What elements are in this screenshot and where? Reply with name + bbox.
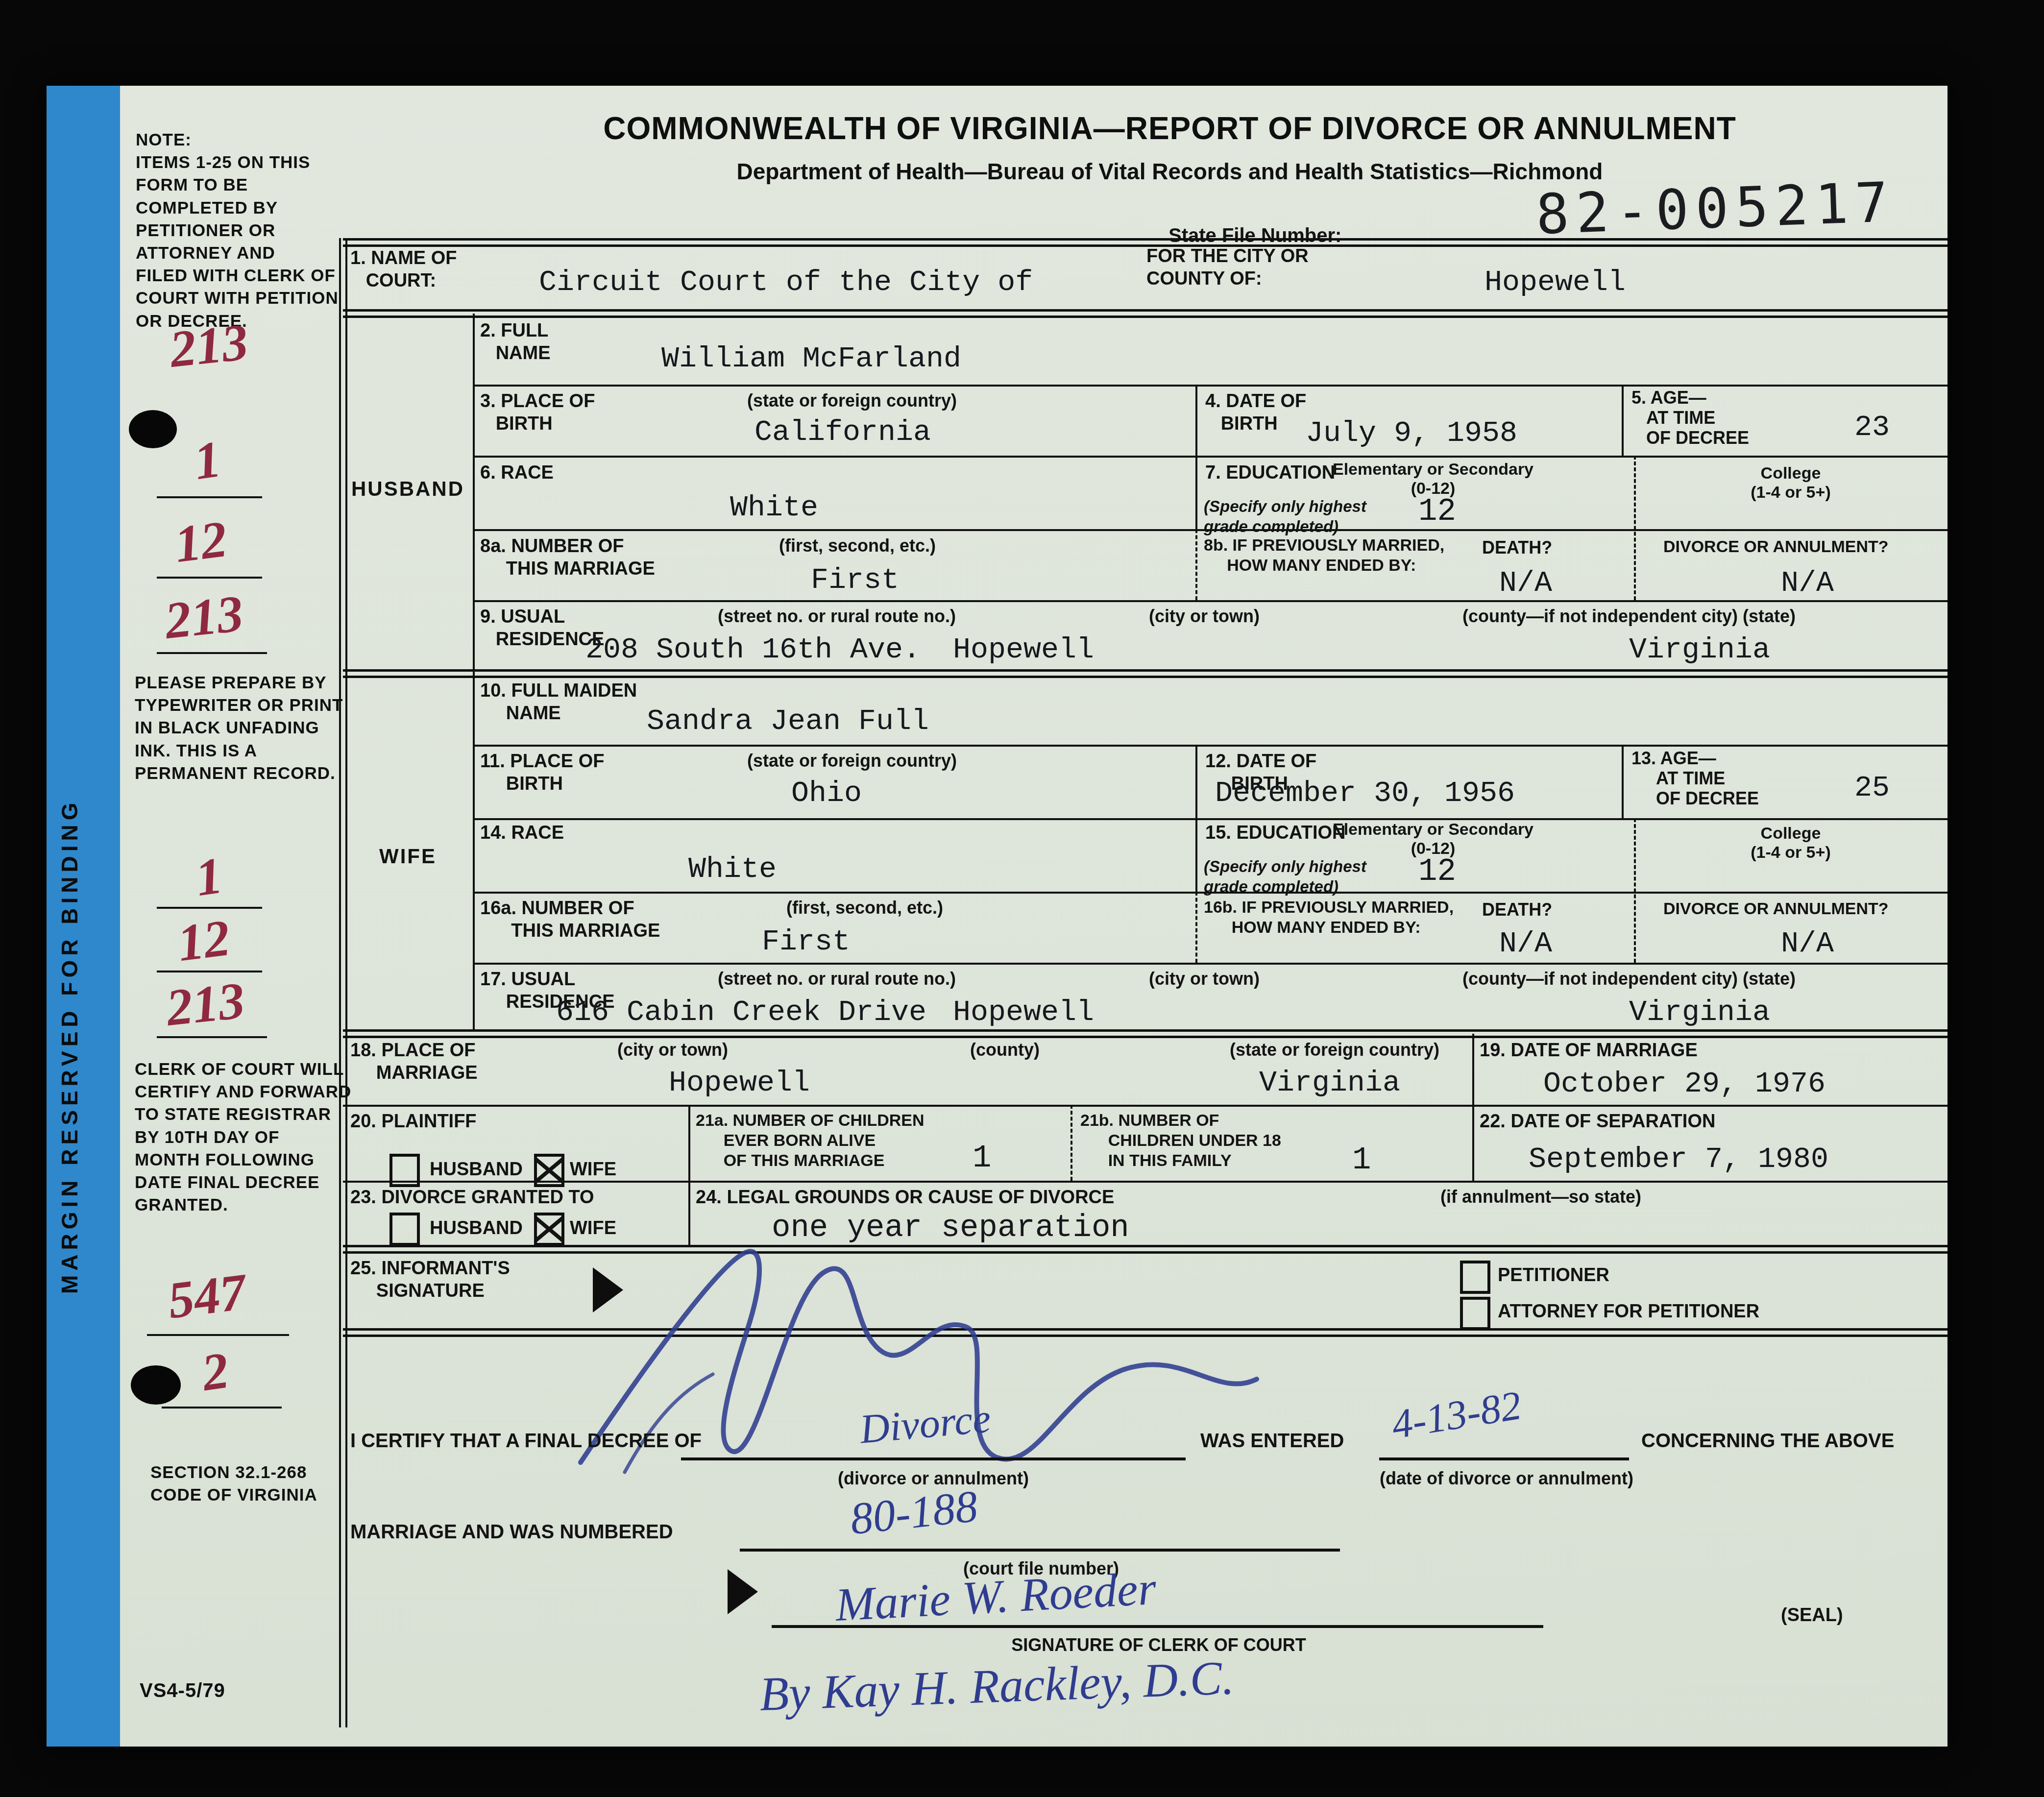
husband-marriage-number-label: 8a. NUMBER OF THIS MARRIAGE <box>480 535 655 580</box>
margin-section-note: SECTION 32.1-268 CODE OF VIRGINIA <box>150 1461 317 1506</box>
grid-line <box>343 309 1947 318</box>
margin-rule <box>157 652 267 654</box>
attorney-option: ATTORNEY FOR PETITIONER <box>1498 1301 1759 1323</box>
wife-name-label: 10. FULL MAIDEN NAME <box>480 680 637 725</box>
was-entered-text: WAS ENTERED <box>1200 1429 1344 1453</box>
husband-education-spec: (Specify only highest grade completed) <box>1204 496 1366 537</box>
husband-street-value: 208 South 16th Ave. <box>585 635 921 665</box>
wife-age-label: 13. AGE— AT TIME OF DECREE <box>1631 748 1759 808</box>
husband-county-state-hint: (county—if not independent city) (state) <box>1462 606 1796 626</box>
separation-date-value: September 7, 1980 <box>1529 1145 1828 1174</box>
wife-education-spec: (Specify only highest grade completed) <box>1204 856 1366 897</box>
wife-marriage-number-label: 16a. NUMBER OF THIS MARRIAGE <box>480 898 660 942</box>
children-under18-value: 1 <box>1352 1145 1371 1176</box>
margin-red-2: 2 <box>199 1344 232 1399</box>
grid-line <box>343 669 1947 678</box>
wife-marriage-number-value: First <box>762 927 850 957</box>
grid-line <box>339 238 347 1727</box>
petitioner-option: PETITIONER <box>1498 1264 1609 1287</box>
husband-edu-elementary-hint: Elementary or Secondary (0-12) <box>1286 460 1580 498</box>
wife-birthplace-label: 11. PLACE OF BIRTH <box>480 751 604 795</box>
wife-birthplace-value: Ohio <box>791 779 862 808</box>
wife-death-label: DEATH? <box>1482 899 1552 920</box>
seal-label: (SEAL) <box>1781 1604 1843 1627</box>
husband-edu-college-hint: College (1-4 or 5+) <box>1654 464 1928 502</box>
husband-race-label: 6. RACE <box>480 462 554 485</box>
scanned-divorce-report: { "colors": {"paper":"#dde4d9","strip_bl… <box>0 0 2044 1797</box>
wife-state-value: Virginia <box>1629 998 1770 1027</box>
wife-race-label: 14. RACE <box>480 822 564 845</box>
deputy-signature-handwritten: By Kay H. Rackley, D.C. <box>759 1654 1235 1719</box>
grid-line <box>473 963 1947 965</box>
grid-line <box>343 1029 1947 1038</box>
grid-line <box>1195 745 1197 892</box>
decree-type-blank <box>681 1457 1186 1460</box>
punch-hole-bottom <box>131 1365 181 1405</box>
margin-clerk-note: CLERK OF COURT WILL CERTIFY AND FORWARD … <box>135 1058 351 1216</box>
husband-age-value: 23 <box>1854 413 1890 442</box>
wife-divorce-label: DIVORCE OR ANNULMENT? <box>1663 899 1889 919</box>
plaintiff-husband-option: HUSBAND <box>430 1159 523 1181</box>
husband-birthplace-value: California <box>754 418 931 447</box>
margin-rule <box>157 577 262 579</box>
wife-age-value: 25 <box>1854 774 1890 803</box>
clerk-signature-caption: SIGNATURE OF CLERK OF COURT <box>924 1635 1394 1655</box>
margin-rule <box>157 907 262 909</box>
husband-previous-marriage-label: 8b. IF PREVIOUSLY MARRIED, HOW MANY ENDE… <box>1204 535 1444 576</box>
form-title: COMMONWEALTH OF VIRGINIA—REPORT OF DIVOR… <box>392 111 1947 146</box>
husband-state-value: Virginia <box>1629 635 1770 665</box>
grid-line <box>473 314 475 1032</box>
margin-red-1-a: 1 <box>191 433 224 488</box>
grid-line <box>343 1181 1947 1183</box>
husband-marriage-number-value: First <box>811 566 899 595</box>
grid-line <box>1195 385 1197 529</box>
marriage-date-label: 19. DATE OF MARRIAGE <box>1480 1040 1698 1062</box>
grid-line <box>473 745 1947 747</box>
plaintiff-label: 20. PLAINTIFF <box>350 1111 477 1133</box>
wife-previous-marriage-label: 16b. IF PREVIOUSLY MARRIED, HOW MANY END… <box>1204 898 1454 938</box>
wife-marriage-number-hint: (first, second, etc.) <box>786 898 943 918</box>
court-name-label: 1. NAME OF COURT: <box>350 247 457 292</box>
court-name-value: Circuit Court of the City of <box>539 268 1033 297</box>
wife-section-label: WIFE <box>343 845 473 868</box>
annulment-hint: (if annulment—so state) <box>1440 1187 1641 1207</box>
wife-birthplace-hint: (state or foreign country) <box>747 751 957 771</box>
grid-line <box>473 385 1947 387</box>
husband-birthplace-hint: (state or foreign country) <box>747 390 957 411</box>
grid-line <box>343 238 1947 247</box>
decree-type-handwritten: Divorce <box>858 1398 993 1451</box>
wife-city-hint: (city or town) <box>1149 969 1260 989</box>
wife-edu-college-hint: College (1-4 or 5+) <box>1654 824 1928 862</box>
place-of-marriage-label: 18. PLACE OF MARRIAGE <box>350 1040 478 1084</box>
file-number-handwritten: 80-188 <box>848 1483 980 1542</box>
margin-red-213-c: 213 <box>164 974 247 1034</box>
margin-red-213-a: 213 <box>168 316 250 376</box>
granted-husband-option: HUSBAND <box>430 1217 523 1240</box>
decree-date-handwritten: 4-13-82 <box>1389 1385 1524 1446</box>
husband-city-value: Hopewell <box>953 635 1094 665</box>
husband-age-label: 5. AGE— AT TIME OF DECREE <box>1631 388 1749 448</box>
husband-death-value: N/A <box>1499 569 1552 598</box>
granted-husband-checkbox <box>389 1213 420 1246</box>
marriage-date-value: October 29, 1976 <box>1543 1069 1825 1099</box>
binding-strip-label: MARGIN RESERVED FOR BINDING <box>58 615 112 1477</box>
wife-race-value: White <box>688 855 777 884</box>
husband-divorce-value: N/A <box>1781 569 1834 598</box>
grid-line <box>1071 1105 1072 1181</box>
certify-text: I CERTIFY THAT A FINAL DECREE OF <box>350 1429 702 1453</box>
form-paper: MARGIN RESERVED FOR BINDING NOTE: ITEMS … <box>47 86 1947 1747</box>
wife-divorce-value: N/A <box>1781 929 1834 959</box>
margin-rule <box>157 1036 267 1038</box>
husband-section-label: HUSBAND <box>343 478 473 500</box>
husband-dob-value: July 9, 1958 <box>1306 419 1517 448</box>
margin-prepare-note: PLEASE PREPARE BY TYPEWRITER OR PRINT IN… <box>135 672 343 785</box>
informant-signature-label: 25. INFORMANT'S SIGNATURE <box>350 1258 510 1302</box>
wife-edu-elementary-value: 12 <box>1418 856 1456 888</box>
husband-dob-label: 4. DATE OF BIRTH <box>1205 390 1306 435</box>
margin-rule <box>157 971 262 972</box>
decree-date-hint: (date of divorce or annulment) <box>1340 1468 1673 1488</box>
husband-city-hint: (city or town) <box>1149 606 1260 626</box>
wife-street-hint: (street no. or rural route no.) <box>718 969 956 989</box>
court-county-value: Hopewell <box>1484 268 1626 297</box>
concerning-text: CONCERNING THE ABOVE <box>1641 1429 1894 1453</box>
plaintiff-husband-checkbox <box>389 1154 420 1187</box>
binding-strip: MARGIN RESERVED FOR BINDING <box>47 86 120 1747</box>
margin-red-12-b: 12 <box>175 912 233 970</box>
husband-marriage-number-hint: (first, second, etc.) <box>779 535 936 556</box>
margin-rule <box>147 1334 289 1336</box>
husband-name-value: William McFarland <box>661 344 961 374</box>
children-born-value: 1 <box>973 1143 991 1174</box>
margin-rule <box>162 1407 282 1408</box>
plaintiff-wife-option: WIFE <box>570 1159 616 1181</box>
grid-line <box>1472 1034 1474 1181</box>
marriage-county-hint: (county) <box>970 1040 1040 1060</box>
grid-line <box>1195 892 1197 963</box>
grid-line <box>1634 818 1636 963</box>
grid-line <box>1195 529 1197 600</box>
file-number-blank <box>740 1549 1340 1552</box>
wife-name-value: Sandra Jean Full <box>647 707 929 736</box>
marriage-state-value: Virginia <box>1259 1068 1400 1098</box>
form-code: VS4-5/79 <box>140 1678 225 1704</box>
husband-name-label: 2. FULL NAME <box>480 320 551 364</box>
wife-city-value: Hopewell <box>953 998 1094 1027</box>
marriage-city-value: Hopewell <box>669 1068 810 1098</box>
children-born-label: 21a. NUMBER OF CHILDREN EVER BORN ALIVE … <box>696 1111 925 1170</box>
legal-grounds-label: 24. LEGAL GROUNDS OR CAUSE OF DIVORCE <box>696 1187 1114 1209</box>
petitioner-checkbox <box>1460 1261 1490 1294</box>
husband-divorce-label: DIVORCE OR ANNULMENT? <box>1663 537 1889 557</box>
husband-race-value: White <box>730 493 818 523</box>
husband-edu-elementary-value: 12 <box>1418 496 1456 528</box>
margin-red-1-b: 1 <box>193 850 225 904</box>
marriage-state-hint: (state or foreign country) <box>1230 1040 1439 1060</box>
margin-red-547: 547 <box>165 1266 249 1327</box>
wife-county-state-hint: (county—if not independent city) (state) <box>1462 969 1796 989</box>
children-under18-label: 21b. NUMBER OF CHILDREN UNDER 18 IN THIS… <box>1080 1111 1281 1170</box>
wife-street-value: 616 Cabin Creek Drive <box>556 998 926 1027</box>
wife-death-value: N/A <box>1499 929 1552 959</box>
decree-date-blank <box>1379 1457 1629 1460</box>
grid-line <box>473 600 1947 602</box>
husband-street-hint: (street no. or rural route no.) <box>718 606 956 626</box>
punch-hole-top <box>129 410 177 448</box>
margin-red-213-b: 213 <box>163 587 245 647</box>
margin-red-12-a: 12 <box>172 513 230 571</box>
husband-birthplace-label: 3. PLACE OF BIRTH <box>480 390 595 435</box>
numbered-text: MARRIAGE AND WAS NUMBERED <box>350 1520 673 1544</box>
clerk-signature-arrow-icon <box>728 1569 758 1614</box>
separation-date-label: 22. DATE OF SEPARATION <box>1480 1111 1715 1133</box>
grid-line <box>1622 745 1624 818</box>
grid-line <box>343 1105 1947 1107</box>
grid-line <box>1634 456 1636 600</box>
margin-note: NOTE: ITEMS 1-25 ON THIS FORM TO BE COMP… <box>136 129 339 333</box>
margin-rule <box>157 496 262 498</box>
wife-edu-elementary-hint: Elementary or Secondary (0-12) <box>1286 820 1580 858</box>
divorce-granted-label: 23. DIVORCE GRANTED TO <box>350 1187 594 1209</box>
attorney-checkbox <box>1460 1297 1490 1330</box>
court-for-label: FOR THE CITY OR COUNTY OF: <box>1146 245 1309 290</box>
wife-dob-value: December 30, 1956 <box>1215 779 1515 808</box>
plaintiff-wife-checkbox <box>534 1154 564 1187</box>
grid-line <box>1622 385 1624 456</box>
grid-line <box>473 818 1947 820</box>
grid-line <box>473 456 1947 458</box>
marriage-city-hint: (city or town) <box>617 1040 728 1060</box>
husband-death-label: DEATH? <box>1482 537 1552 558</box>
state-file-number-stamp: 82-005217 <box>1535 175 1896 243</box>
